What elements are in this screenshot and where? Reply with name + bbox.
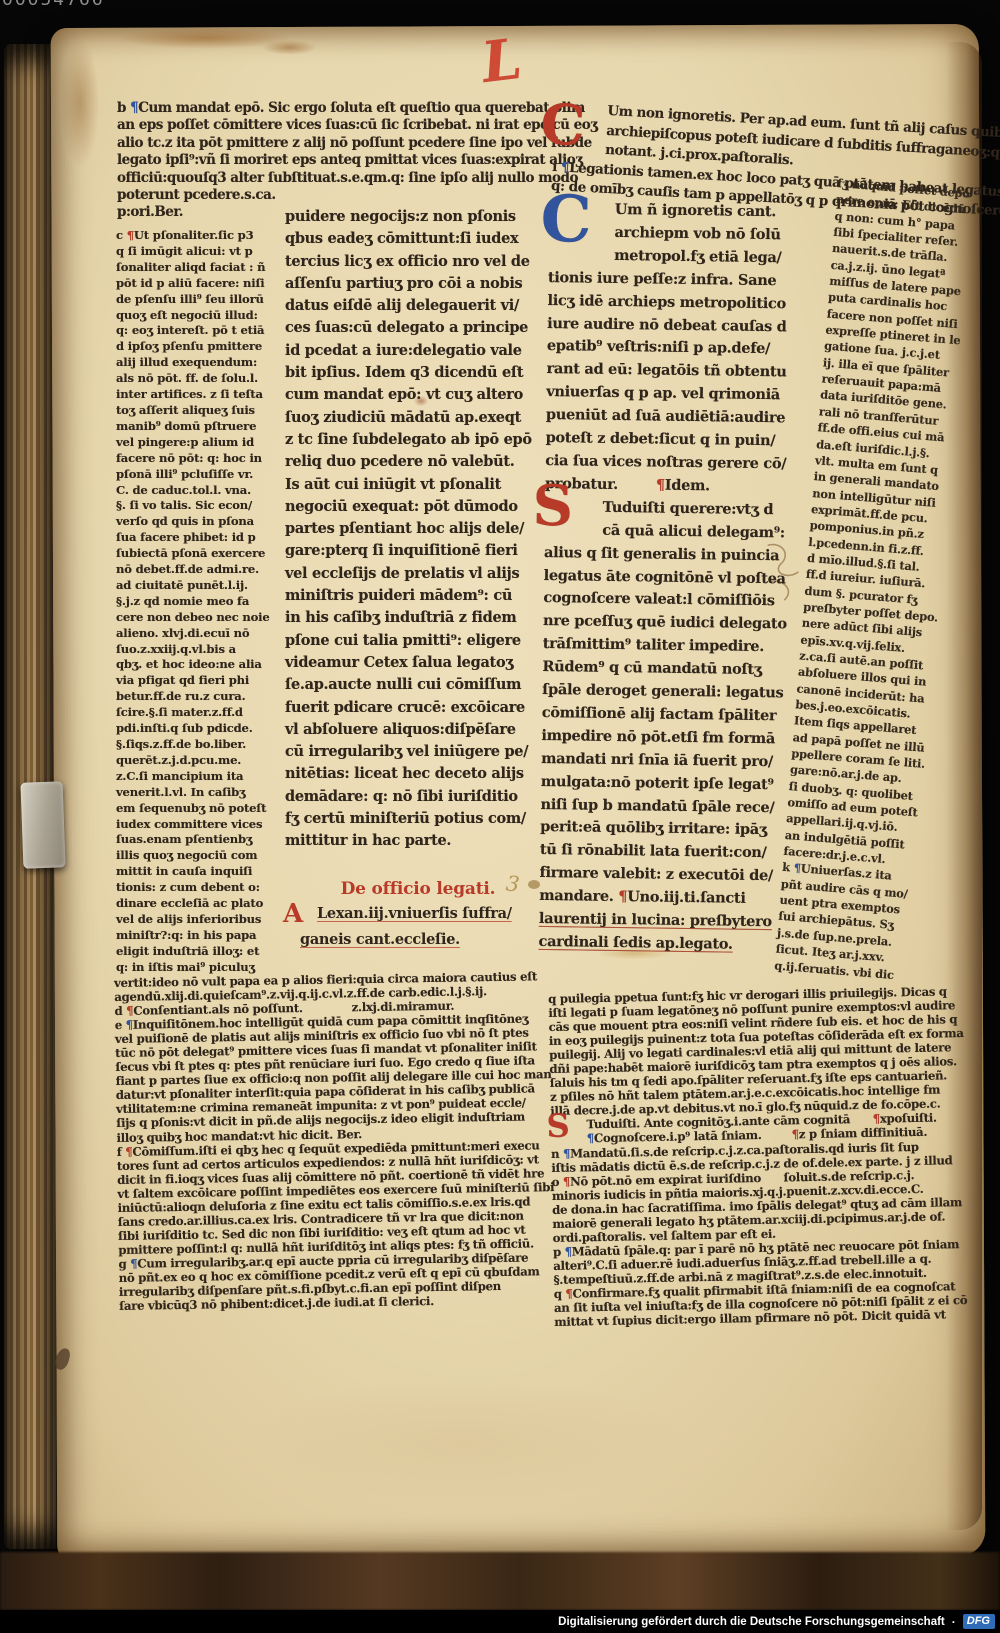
text-line: §. ſi vo talis. Sic econ/ <box>116 498 288 514</box>
text-line: ſe.ap.aucte nulli cui cōmiſſum <box>285 674 551 696</box>
text-line: demādare: q: nō ſibi iuriſditio <box>285 786 551 808</box>
text-line: negociū exequat: pōt dūmodo <box>285 496 551 518</box>
text-line: toʒ aſſerit aliqueʒ ſuis <box>116 403 288 419</box>
text-line: Is aūt cui iniūgit vt pſonalit <box>285 474 551 496</box>
initial-letter-c: C <box>539 96 586 154</box>
text-lines: q puilegia ppetua ſunt:fʒ hic vr derogar… <box>548 983 1000 1329</box>
page-stain <box>60 38 100 168</box>
text-line: tercius licʒ ex officio nro vel de <box>285 251 551 273</box>
text-line: als nō pōt. ff. de ſolu.l. <box>116 371 288 387</box>
text-line: dinare eccleſiā ac plato <box>116 896 288 912</box>
text-line: alij illud exequendum: <box>116 355 288 371</box>
text-line: vel eccleſijs de prelatis vl alijs <box>285 563 551 585</box>
text-line: z.C.ſi mancipium ita <box>116 769 288 785</box>
text-line: cū irregularibʒ vel iniūgere pe/ <box>285 741 551 763</box>
text-line: puidere negocijs:z non pſonis <box>285 206 551 228</box>
text-line: miniſtr?:q: in his papa <box>116 928 288 944</box>
text-line: via pfigat qd fieri phi <box>116 673 288 689</box>
text-line: bit ipſius. Idem q3 dicendū eſt <box>285 362 551 384</box>
text-line: datus eiſdē alij delegauerit vi/ <box>285 295 551 317</box>
text-line: tionis: z cum debent o: <box>116 880 288 896</box>
dfg-logo: DFG <box>963 1614 995 1629</box>
text-line: c ¶Ut pſonaliter.ſic p3 <box>116 228 288 244</box>
text-line: miniſtris puideri mādem⁹: cū <box>285 585 551 607</box>
handwritten-folio-mark: L <box>478 26 525 96</box>
text-line: pſone cui talia pmitti⁹: eligere <box>285 630 551 652</box>
text-line: ſuas.enam pſentienbʒ <box>116 832 288 848</box>
initial-letter-s: S <box>546 1110 569 1142</box>
text-line: q: eoʒ intereſt. pō t etiā <box>116 323 288 339</box>
scan-id-number: 00054766 <box>2 0 105 10</box>
address-line: Lexan.iij.vniuerſis ſuffra/ <box>287 905 512 922</box>
initial-letter-s: S <box>532 478 573 535</box>
text-lines: puidere negocijs:z non pſonisqbus eadeʒ … <box>285 206 551 853</box>
text-line: verſo qd quis in pſona <box>116 514 288 530</box>
text-line: d ipſoʒ pſenſu pmittere <box>116 339 288 355</box>
text-line: de pſenſu illi⁹ ſeu illorū <box>116 292 288 308</box>
text-line: facere nō pōt: q: hoc in <box>116 451 288 467</box>
text-line: pdi.inſti.q ſub pdicde. <box>116 721 288 737</box>
text-line: nō debet.ff.de admi.re. <box>116 562 288 578</box>
text-line: vl abſoluere aliquos:diſpēſare <box>285 719 551 741</box>
text-line: venerit.l.vl. In caſibʒ <box>116 785 288 801</box>
text-line: mittit in cauſa inquiſi <box>116 864 288 880</box>
footer-credit-bar: Digitalisierung gefördert durch die Deut… <box>0 1610 1000 1633</box>
text-line: officiū:quouſq3 alter ſubſtituat.s.e.qm.… <box>117 170 549 187</box>
text-line: ſubiectā pſonā exercere <box>116 546 288 562</box>
digitization-credit: Digitalisierung gefördert durch die Deut… <box>558 1616 945 1628</box>
text-line: poterunt pcedere.s.ca. <box>117 187 549 204</box>
text-line: qbus eadeʒ cōmittunt:ſi iudex <box>285 228 551 250</box>
text-line: nitētias: liceat hec deceto alijs <box>285 763 551 785</box>
commentary-top-left: b ¶Cum mandat epō. Sic ergo ſoluta eſt q… <box>117 100 549 222</box>
text-line: probatur. ¶Idem. <box>545 473 837 500</box>
text-line: eligit induſtriā illoʒ: et <box>116 944 288 960</box>
commentary-bottom-left: vertit:ideo nō vult papa ea p alios fier… <box>114 969 559 1313</box>
text-line: ſua facere phibet: id p <box>116 530 288 546</box>
main-column-left: puidere negocijs:z non pſonisqbus eadeʒ … <box>285 206 551 853</box>
text-line: C. de caduc.tol.l. vna. <box>116 483 288 499</box>
text-line: illis quoʒ negociū com <box>116 848 288 864</box>
text-line: ſuoʒ ziudiciū mādatū ap.exeqt <box>285 407 551 429</box>
text-line: an eps poſſet cōmittere vices ſuas:cū ſi… <box>117 117 549 134</box>
text-line: qbʒ. et hoc ideo:ne alia <box>116 657 288 673</box>
page-stain <box>262 40 317 55</box>
text-line: ad ciuitatē punēt.l.ij. <box>116 578 288 594</box>
text-line: z tc ſine ſubdelegato ab ipō epō <box>285 429 551 451</box>
text-line: aſſenſu partiuʒ pro cōi a nobis <box>285 273 551 295</box>
text-line: em ſequenubʒ nō poteſt <box>116 801 288 817</box>
text-line: alieno. xlvj.di.ecuī nō <box>116 626 288 642</box>
text-line: §.ſiqs.z.ff.de bo.liber. <box>116 737 288 753</box>
table-surface <box>0 1552 1000 1610</box>
gloss-column-left: c ¶Ut pſonaliter.ſic p3q ſi imūgit alicu… <box>116 228 288 976</box>
text-line: alio tc.z ita pōt pmittere z alij nō poſ… <box>117 135 549 152</box>
text-line: in his caſibʒ induſtriā z fidem <box>285 607 551 629</box>
handwritten-blob <box>528 880 540 889</box>
text-line: videamur Cetex ſalua legatoʒ <box>285 652 551 674</box>
text-line: licʒ idē archieps metropolitico <box>547 290 839 317</box>
commentary-bottom-right: S q puilegia ppetua ſunt:fʒ hic vr derog… <box>548 983 1000 1329</box>
text-line: vel de alijs inferioribus <box>116 912 288 928</box>
text-line: cum mandat epō: vt cuʒ altero <box>285 384 551 406</box>
text-line: gare:pterq ſi inquiſitionē fieri <box>285 540 551 562</box>
text-line: q ſi imūgit alicui: vt p <box>116 244 288 260</box>
page-stain <box>250 1380 680 1500</box>
text-line: cere non debeo nec noie <box>116 610 288 626</box>
text-lines: vertit:ideo nō vult papa ea p alios fier… <box>114 969 559 1313</box>
text-line: b ¶Cum mandat epō. Sic ergo ſoluta eſt q… <box>117 100 549 117</box>
text-line: manib⁹ domū pſtruere <box>116 419 288 435</box>
text-line: legato ipſi⁹:vñ ſi moriret eps anteq pmi… <box>117 152 549 169</box>
text-line: fʒ certū miniſteriū potius com/ <box>285 808 551 830</box>
text-line: pſonā illi⁹ pcluſiſſe vr. <box>116 467 288 483</box>
text-line: pōt id p aliū facere: niſi <box>116 276 288 292</box>
text-line: ces ſuas:cū delegato a principe <box>285 317 551 339</box>
text-line: ſuo.z.xxiij.q.vl.bis a <box>116 642 288 658</box>
text-line: partes pſentiant hoc alijs dele/ <box>285 518 551 540</box>
text-line: quoʒ eſt negociū illud: <box>116 308 288 324</box>
initial-letter-c: C <box>540 188 592 253</box>
text-line: alius q ſit generalis in puincia <box>544 542 836 569</box>
text-line: §.j.z qd nomie meo fa <box>116 594 288 610</box>
text-line: betur.ff.de ru.z cura. <box>116 689 288 705</box>
text-line: mittitur in hac parte. <box>285 830 551 852</box>
text-line: reliq duo pcedere nō valebūt. <box>285 451 551 473</box>
text-line: ſonaliter aliqd faciat : ñ <box>116 260 288 276</box>
text-line: ſcire.§.ſi mater.z.ff.d <box>116 705 288 721</box>
text-line: inter artifices. z ſi teſta <box>116 387 288 403</box>
text-line: querēt.z.j.d.pcu.me. <box>116 753 288 769</box>
page-clamp <box>21 781 66 868</box>
credit-separator: · <box>952 1615 956 1629</box>
text-line: vel pingere:p alium id <box>116 435 288 451</box>
text-line: fuerit pdicare crucē: excōicare <box>285 697 551 719</box>
text-lines: c ¶Ut pſonaliter.ſic p3q ſi imūgit alicu… <box>116 228 288 976</box>
address-line: ganeis cant.eccleſie. <box>300 931 460 948</box>
text-line: iudex committere vices <box>116 817 288 833</box>
text-lines: b ¶Cum mandat epō. Sic ergo ſoluta eſt q… <box>117 100 549 222</box>
digitized-book-photo: 00054766 L b ¶Cum mandat epō. Sic ergo ſ… <box>0 0 1000 1633</box>
text-line: id pcedat a iure:delegatio vale <box>285 340 551 362</box>
